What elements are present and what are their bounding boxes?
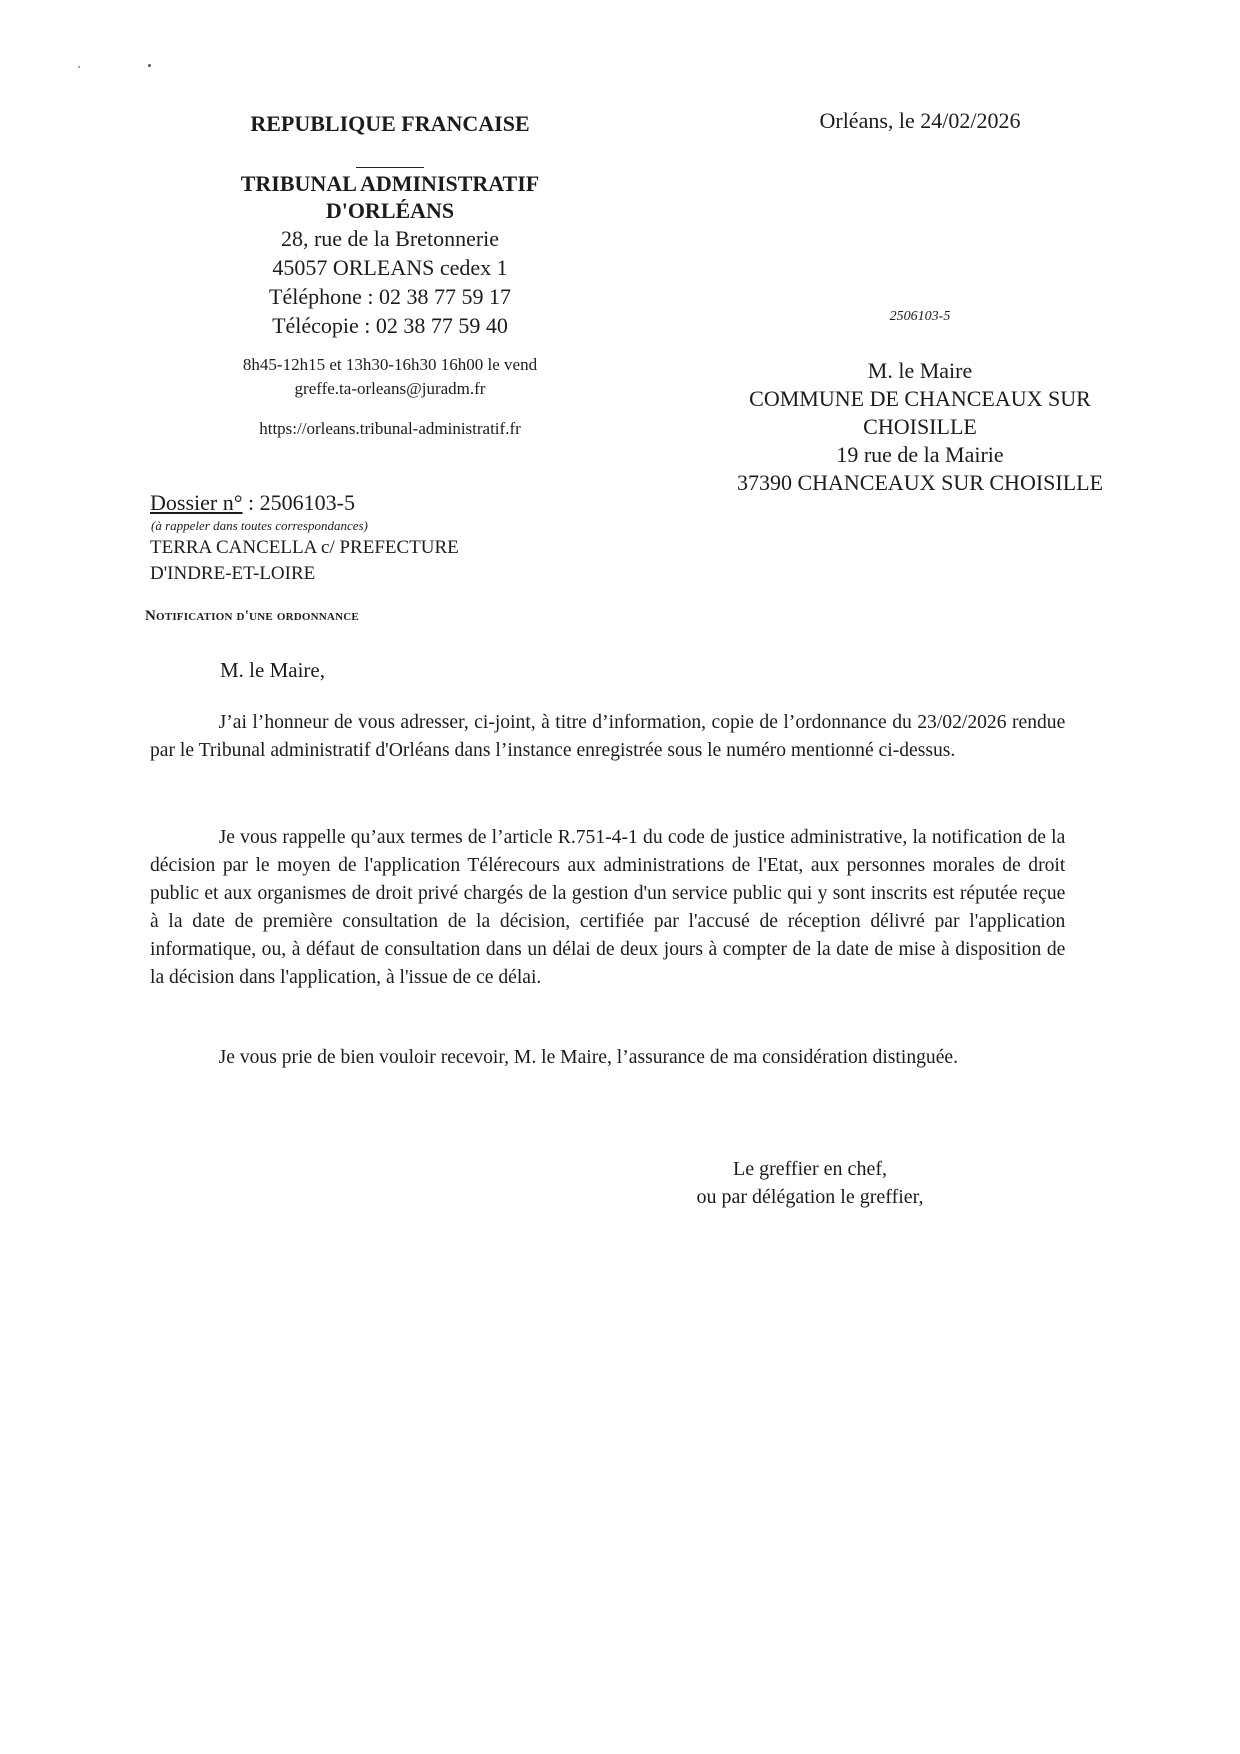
recipient-line: 19 rue de la Mairie xyxy=(690,441,1150,469)
divider xyxy=(356,167,424,168)
dossier-label: Dossier n° xyxy=(150,490,243,515)
recipient-line: 37390 CHANCEAUX SUR CHOISILLE xyxy=(690,469,1150,497)
recipient-address: M. le Maire COMMUNE DE CHANCEAUX SUR CHO… xyxy=(690,357,1150,497)
closing-paragraph: Je vous prie de bien vouloir recevoir, M… xyxy=(150,1043,1065,1071)
signature-title: Le greffier en chef, xyxy=(640,1155,980,1183)
country-heading: REPUBLIQUE FRANCAISE xyxy=(190,111,590,137)
court-address-city: 45057 ORLEANS cedex 1 xyxy=(190,253,590,282)
body-paragraph: J’ai l’honneur de vous adresser, ci-join… xyxy=(150,708,1065,764)
reference-number: 2506103-5 xyxy=(690,309,1150,325)
signature-delegation: ou par délégation le greffier, xyxy=(640,1183,980,1211)
subject-line: Notification d'une ordonnance xyxy=(145,608,359,625)
recipient-line: COMMUNE DE CHANCEAUX SUR xyxy=(690,385,1150,413)
court-email: greffe.ta-orleans@juradm.fr xyxy=(190,377,590,401)
signature-block: Le greffier en chef, ou par délégation l… xyxy=(640,1155,980,1211)
dossier-reminder: (à rappeler dans toutes correspondances) xyxy=(151,518,368,534)
place-date: Orléans, le 24/02/2026 xyxy=(690,108,1150,134)
court-fax: Télécopie : 02 38 77 59 40 xyxy=(190,311,590,340)
court-name-line1: TRIBUNAL ADMINISTRATIF xyxy=(190,170,590,197)
court-address-street: 28, rue de la Bretonnerie xyxy=(190,224,590,253)
court-header: REPUBLIQUE FRANCAISE TRIBUNAL ADMINISTRA… xyxy=(190,111,590,441)
scan-speck xyxy=(78,66,80,68)
court-hours: 8h45-12h15 et 13h30-16h30 16h00 le vend xyxy=(190,353,590,377)
dossier-value: : 2506103-5 xyxy=(243,490,355,515)
court-name-line2: D'ORLÉANS xyxy=(190,197,590,224)
scan-speck xyxy=(148,64,151,67)
parties-line: TERRA CANCELLA c/ PREFECTURE xyxy=(150,535,459,561)
salutation: M. le Maire, xyxy=(220,658,325,683)
dossier-number: Dossier n° : 2506103-5 xyxy=(150,490,355,516)
parties-line: D'INDRE-ET-LOIRE xyxy=(150,561,459,587)
court-phone: Téléphone : 02 38 77 59 17 xyxy=(190,282,590,311)
recipient-line: M. le Maire xyxy=(690,357,1150,385)
recipient-line: CHOISILLE xyxy=(690,413,1150,441)
body-paragraph: Je vous rappelle qu’aux termes de l’arti… xyxy=(150,823,1065,991)
case-parties: TERRA CANCELLA c/ PREFECTURE D'INDRE-ET-… xyxy=(150,535,459,587)
court-website: https://orleans.tribunal-administratif.f… xyxy=(190,417,590,441)
